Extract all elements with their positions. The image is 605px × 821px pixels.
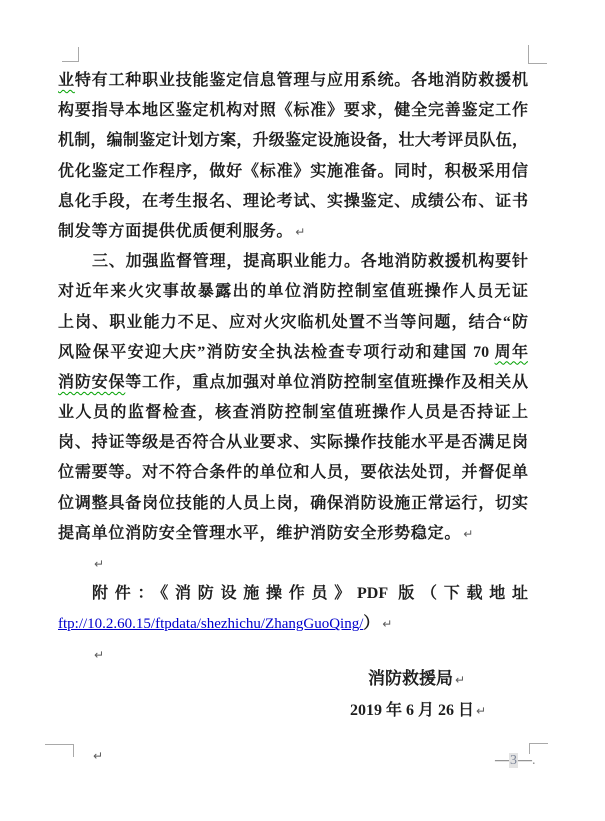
body-paragraph-1-line: 机制，编制鉴定计划方案，升级鉴定设施设备，壮大考评员队伍，: [58, 126, 528, 156]
crop-mark-bottom-left: [45, 744, 74, 757]
spellcheck-flagged-text: 周年: [495, 344, 528, 361]
body-paragraph-1-line: 息化手段，在考生报名、理论考试、实操鉴定、成绩公布、证书: [58, 187, 528, 217]
body-text: 上岗、职业能力不足、应对火灾临机处置不当等问题，结合“防: [58, 314, 528, 331]
body-text: 三、加强监督管理，提高职业能力。各地消防救援机构要针: [92, 253, 528, 270]
body-paragraph-2-line: 岗、持证等级是否符合从业要求、实际操作技能水平是否满足岗: [58, 428, 528, 458]
body-text: 优化鉴定工作程序，做好《标准》实施准备。同时，积极采用信: [58, 163, 528, 180]
page-number-dash-left: —: [495, 753, 509, 768]
body-text: 附件：《消防设施操作员》PDF 版（下载地址: [92, 585, 528, 602]
body-text: 位调整具备岗位技能的人员上岗，确保消防设施正常运行，切实: [58, 495, 528, 512]
paragraph-mark: ↵: [382, 617, 392, 631]
body-text: 等工作，重点加强对单位消防控制室值班操作及相关从: [125, 374, 528, 391]
body-text: 位需要等。对不符合条件的单位和人员，要依法处罚，并督促单: [58, 464, 528, 481]
footer-page-number: —3—.: [495, 753, 536, 769]
body-text: 风险保平安迎大庆”消防安全执法检查专项行动和建国 70: [58, 344, 495, 361]
footer-paragraph-mark: ↵: [93, 749, 103, 763]
body-paragraph-2-line: 上岗、职业能力不足、应对火灾临机处置不当等问题，结合“防: [58, 308, 528, 338]
spellcheck-flagged-text: 消防安保: [58, 374, 125, 391]
body-paragraph-2-line: 消防安保等工作，重点加强对单位消防控制室值班操作及相关从: [58, 368, 528, 398]
body-text: 机制，编制鉴定计划方案，升级鉴定设施设备，壮大考评员队伍，: [58, 132, 528, 149]
body-paragraph-2-line: 业人员的监督检查，核查消防控制室值班操作人员是否持证上: [58, 398, 528, 428]
spellcheck-flagged-text: 业: [58, 72, 75, 89]
page-number-value: 3: [509, 753, 518, 768]
crop-mark-top-right: [528, 45, 547, 64]
ftp-download-link[interactable]: ftp://10.2.60.15/ftpdata/shezhichu/Zhang…: [58, 616, 363, 632]
paragraph-mark: ↵: [94, 557, 104, 571]
document-body[interactable]: 业特有工种职业技能鉴定信息管理与应用系统。各地消防救援机构要指导本地区鉴定机构对…: [58, 66, 528, 670]
body-text: 岗、持证等级是否符合从业要求、实际操作技能水平是否满足岗: [58, 434, 528, 451]
body-paragraph-2-line: 位调整具备岗位技能的人员上岗，确保消防设施正常运行，切实: [58, 489, 528, 519]
body-text: 构要指导本地区鉴定机构对照《标准》要求，健全完善鉴定工作: [58, 102, 528, 119]
body-paragraph-2-line: 风险保平安迎大庆”消防安全执法检查专项行动和建国 70 周年: [58, 338, 528, 368]
signature-date: 2019 年 6 月 26 日↵: [350, 696, 486, 726]
body-text: ）: [363, 615, 380, 632]
body-paragraph-2-line: 三、加强监督管理，提高职业能力。各地消防救援机构要针: [58, 247, 528, 277]
document-page: 业特有工种职业技能鉴定信息管理与应用系统。各地消防救援机构要指导本地区鉴定机构对…: [0, 0, 605, 821]
attachment-paragraph-line: ftp://10.2.60.15/ftpdata/shezhichu/Zhang…: [58, 609, 528, 639]
paragraph-mark: ↵: [463, 527, 473, 541]
body-paragraph-2-line: 提高单位消防安全管理水平，维护消防安全形势稳定。↵: [58, 519, 528, 549]
body-paragraph-1-line: 构要指导本地区鉴定机构对照《标准》要求，健全完善鉴定工作: [58, 96, 528, 126]
signature-date-text: 2019 年 6 月 26 日: [350, 702, 474, 719]
body-paragraph-2-line: 对近年来火灾事故暴露出的单位消防控制室值班操作人员无证: [58, 277, 528, 307]
paragraph-mark: ↵: [94, 648, 104, 662]
body-text: 提高单位消防安全管理水平，维护消防安全形势稳定。: [58, 525, 461, 542]
signature-organization-text: 消防救援局: [368, 669, 453, 688]
paragraph-mark: ↵: [455, 673, 465, 687]
paragraph-mark: ↵: [476, 704, 486, 718]
body-paragraph-1-line: 优化鉴定工作程序，做好《标准》实施准备。同时，积极采用信: [58, 157, 528, 187]
body-text: 特有工种职业技能鉴定信息管理与应用系统。各地消防救援机: [75, 72, 528, 89]
paragraph-mark: ↵: [295, 225, 305, 239]
body-paragraph-2-line: 位需要等。对不符合条件的单位和人员，要依法处罚，并督促单: [58, 458, 528, 488]
attachment-paragraph-line: 附件：《消防设施操作员》PDF 版（下载地址: [58, 579, 528, 609]
empty-line-1-line: ↵: [58, 549, 528, 579]
body-text: 业人员的监督检查，核查消防控制室值班操作人员是否持证上: [58, 404, 528, 421]
body-text: 对近年来火灾事故暴露出的单位消防控制室值班操作人员无证: [58, 283, 528, 300]
crop-mark-top-left: [62, 47, 79, 62]
page-number-dot: .: [532, 753, 536, 768]
body-text: 制发等方面提供优质便利服务。: [58, 223, 293, 240]
body-text: 息化手段，在考生报名、理论考试、实操鉴定、成绩公布、证书: [58, 193, 528, 210]
body-paragraph-1-line: 制发等方面提供优质便利服务。↵: [58, 217, 528, 247]
signature-organization: 消防救援局↵: [368, 664, 465, 695]
body-paragraph-1-line: 业特有工种职业技能鉴定信息管理与应用系统。各地消防救援机: [58, 66, 528, 96]
page-number-dash-right: —: [518, 753, 532, 768]
